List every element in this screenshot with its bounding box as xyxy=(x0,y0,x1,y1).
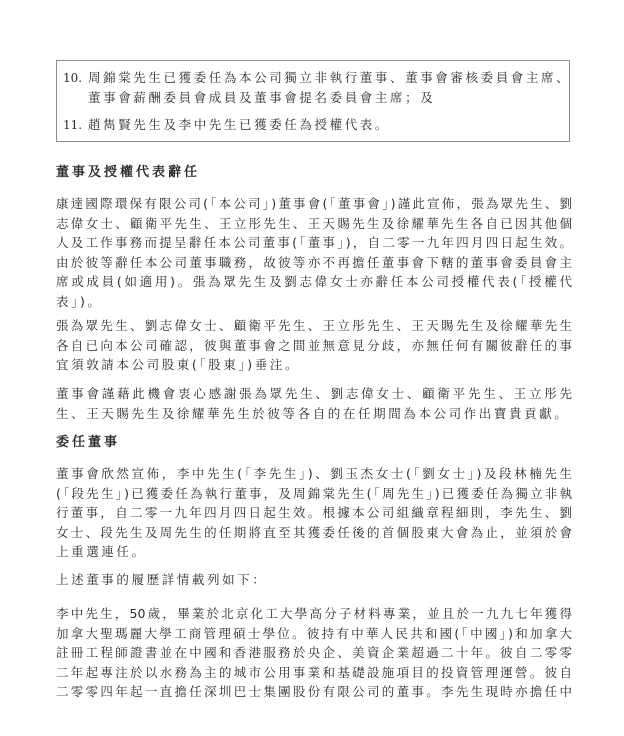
paragraph-no-disagreement: 張為眾先生、劉志偉女士、顧衛平先生、王立彤先生、王天賜先生及徐耀華先生 各自已向… xyxy=(56,316,572,375)
paragraph-biography-li-zhong: 李中先生，50歲，畢業於北京化工大學高分子材料專業，並且於一九九七年獲得 加拿大… xyxy=(56,604,572,702)
text-line: 註冊工程師證書並在中國和香港服務於央企、美資企業超過二十年。彼自二零零 xyxy=(56,643,572,663)
text-line: 宜須敦請本公司股東(「股東」)垂注。 xyxy=(56,355,572,375)
text-line: 人及工作事務而提呈辭任本公司董事(「董事」)，自二零一九年四月四日起生效。 xyxy=(56,233,572,253)
section-heading-appointment: 委任董事 xyxy=(56,434,120,452)
text-line: 加拿大聖瑪麗大學工商管理碩士學位。彼持有中華人民共和國(「中國」)和加拿大 xyxy=(56,624,572,644)
text-line: 康達國際環保有限公司(「本公司」)董事會(「董事會」)謹此宣佈，張為眾先生、劉 xyxy=(56,194,572,214)
text-line: 志偉女士、顧衛平先生、王立彤先生、王天賜先生及徐耀華先生各自已因其他個 xyxy=(56,214,572,234)
list-item-10: 10.周錦棠先生已獲委任為本公司獨立非執行董事、董事會審核委員會主席、 董事會薪… xyxy=(63,68,571,88)
text-line: 行董事，自二零一九年四月四日起生效。根據本公司組織章程細則，李先生、劉 xyxy=(56,503,572,523)
paragraph-resignation-announcement: 康達國際環保有限公司(「本公司」)董事會(「董事會」)謹此宣佈，張為眾先生、劉 … xyxy=(56,194,572,311)
section-heading-resignation: 董事及授權代表辭任 xyxy=(56,164,200,182)
text-line: (「段先生」)已獲委任為執行董事，及周錦棠先生(「周先生」)已獲委任為獨立非執 xyxy=(56,484,572,504)
text-line: 席或成員(如適用)。張為眾先生及劉志偉女士亦辭任本公司授權代表(「授權代 xyxy=(56,272,572,292)
text-line: 生、王天賜先生及徐耀華先生於彼等各自的在任期間為本公司作出寶貴貢獻。 xyxy=(56,404,572,424)
text-line: 李中先生，50歲，畢業於北京化工大學高分子材料專業，並且於一九九七年獲得 xyxy=(56,604,572,624)
list-text-line: 董事會薪酬委員會成員及董事會提名委員會主席；及 xyxy=(88,88,435,108)
text-line: 女士、段先生及周先生的任期將直至其獲委任後的首個股東大會為止，並須於會 xyxy=(56,523,572,543)
text-line: 上述董事的履歷詳情載列如下： xyxy=(56,570,572,590)
text-line: 董事會謹藉此機會衷心感謝張為眾先生、劉志偉女士、顧衛平先生、王立彤先 xyxy=(56,384,572,404)
text-line: 張為眾先生、劉志偉女士、顧衛平先生、王立彤先生、王天賜先生及徐耀華先生 xyxy=(56,316,572,336)
list-item-11: 11.趙雋賢先生及李中先生已獲委任為授權代表。 xyxy=(63,115,390,135)
appointment-summary-box: 10.周錦棠先生已獲委任為本公司獨立非執行董事、董事會審核委員會主席、 董事會薪… xyxy=(56,60,570,142)
text-line: 二零零四年起一直擔任深圳巴士集團股份有限公司的董事。李先生現時亦擔任中 xyxy=(56,682,572,702)
paragraph-gratitude: 董事會謹藉此機會衷心感謝張為眾先生、劉志偉女士、顧衛平先生、王立彤先 生、王天賜… xyxy=(56,384,572,423)
text-line: 由於彼等辭任本公司董事職務，故彼等亦不再擔任董事會下轄的董事會委員會主 xyxy=(56,253,572,273)
text-line: 表」)。 xyxy=(56,292,572,312)
text-line: 上重選連任。 xyxy=(56,542,572,562)
paragraph-biography-intro: 上述董事的履歷詳情載列如下： xyxy=(56,570,572,590)
text-line: 各自已向本公司確認，彼與董事會之間並無意見分歧，亦無任何有關彼辭任的事 xyxy=(56,336,572,356)
paragraph-appointment-announcement: 董事會欣然宣佈，李中先生(「李先生」)、劉玉杰女士(「劉女士」)及段林楠先生 (… xyxy=(56,464,572,562)
list-text-line: 周錦棠先生已獲委任為本公司獨立非執行董事、董事會審核委員會主席、 xyxy=(88,70,571,85)
text-line: 二年起專注於以水務為主的城市公用事業和基礎設施項目的投資管理運營。彼自 xyxy=(56,663,572,683)
list-text-line: 趙雋賢先生及李中先生已獲委任為授權代表。 xyxy=(88,117,390,132)
text-line: 董事會欣然宣佈，李中先生(「李先生」)、劉玉杰女士(「劉女士」)及段林楠先生 xyxy=(56,464,572,484)
list-number: 11. xyxy=(63,115,88,135)
list-number: 10. xyxy=(63,68,88,88)
